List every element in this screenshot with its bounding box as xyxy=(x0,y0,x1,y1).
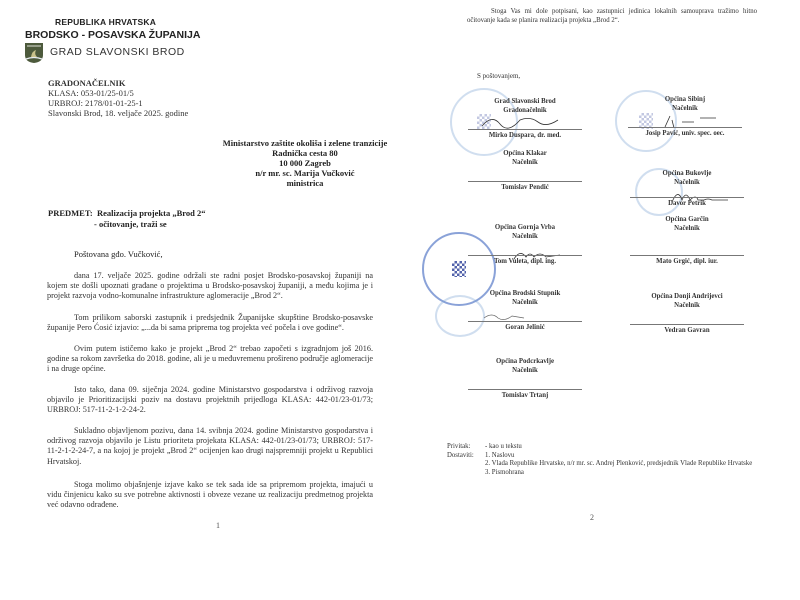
subject-line-2: - očitovanje, traži se xyxy=(48,219,205,230)
recipient-line: Radnička cesta 80 xyxy=(200,148,410,158)
body-paragraph: Stoga molimo objašnjenje izjave kako se … xyxy=(47,480,373,511)
closing: S poštovanjem, xyxy=(477,72,520,80)
body-paragraph: dana 17. veljače 2025. godine održali st… xyxy=(47,271,373,302)
recipient-line: 10 000 Zagreb xyxy=(200,158,410,168)
deliver-label: Dostaviti: xyxy=(447,452,485,461)
office-title: GRADONAČELNIK xyxy=(48,78,188,88)
recipient-line: ministrica xyxy=(200,178,410,188)
klasa: KLASA: 053-01/25-01/5 xyxy=(48,88,188,98)
place-date: Slavonski Brod, 18. veljače 2025. godine xyxy=(48,108,188,118)
signature-block: Općina Gornja VrbaNačelnik Tom Vuleta, d… xyxy=(460,224,590,267)
page-number: 2 xyxy=(590,513,594,522)
page-number: 1 xyxy=(216,521,220,530)
deliver-item: 1. Naslovu xyxy=(485,452,514,461)
attachment-label: Privitak: xyxy=(447,443,485,452)
letter-page-1: REPUBLIKA HRVATSKA BRODSKO - POSAVSKA ŽU… xyxy=(0,0,410,600)
intro-paragraph: Stoga Vas mi dole potpisani, kao zastupn… xyxy=(467,8,757,25)
subject-line-1: Realizacija projekta „Brod 2“ xyxy=(97,208,206,218)
body-paragraph: Ovim putem ističemo kako je projekt „Bro… xyxy=(47,344,373,375)
signature-block: Općina KlakarNačelnik Tomislav Pendić xyxy=(460,150,590,193)
deliver-item: 3. Pismohrana xyxy=(485,469,524,478)
document-meta: GRADONAČELNIK KLASA: 053-01/25-01/5 URBR… xyxy=(48,78,188,118)
signature-block: Grad Slavonski BrodGradonačelnik Mirko D… xyxy=(460,98,590,141)
body-paragraph: Isto tako, dana 09. siječnja 2024. godin… xyxy=(47,385,373,416)
letterhead-county: BRODSKO - POSAVSKA ŽUPANIJA xyxy=(25,29,200,41)
letter-page-2: Stoga Vas mi dole potpisani, kao zastupn… xyxy=(410,0,800,600)
signature-block: Općina GarčinNačelnik Mato Grgić, dipl. … xyxy=(622,216,752,267)
recipient-address: Ministarstvo zaštite okoliša i zelene tr… xyxy=(200,138,410,188)
letterhead-country: REPUBLIKA HRVATSKA xyxy=(55,17,156,27)
coat-of-arms-icon xyxy=(24,42,44,64)
body-paragraph: Tom prilikom saborski zastupnik i predsj… xyxy=(47,313,373,333)
signature-block: Općina PodcrkavljeNačelnik Tomislav Trta… xyxy=(460,358,590,401)
subject-label: PREDMET: xyxy=(48,208,93,218)
signature-block: Općina BukovljeNačelnik Davor Petrik xyxy=(622,170,752,209)
signature-block: Općina Donji AndrijevciNačelnik Vedran G… xyxy=(622,293,752,336)
body-paragraph: Sukladno objavljenom pozivu, dana 14. sv… xyxy=(47,426,373,467)
greeting: Poštovana gđo. Vučković, xyxy=(74,249,163,259)
signature-block: Općina SibinjNačelnik Josip Pavić, univ.… xyxy=(620,96,750,139)
deliver-item: 2. Vlada Republike Hrvatske, n/r mr. sc.… xyxy=(485,460,755,469)
document-footer: Privitak:- kao u tekstu Dostaviti:1. Nas… xyxy=(447,443,755,477)
urbroj: URBROJ: 2178/01-01-25-1 xyxy=(48,98,188,108)
subject: PREDMET: Realizacija projekta „Brod 2“ -… xyxy=(48,208,205,230)
attachment-value: - kao u tekstu xyxy=(485,443,522,452)
signature-block: Općina Brodski StupnikNačelnik Goran Jel… xyxy=(460,290,590,333)
letterhead-city: GRAD SLAVONSKI BROD xyxy=(50,46,185,58)
recipient-line: n/r mr. sc. Marija Vučković xyxy=(200,168,410,178)
recipient-line: Ministarstvo zaštite okoliša i zelene tr… xyxy=(200,138,410,148)
